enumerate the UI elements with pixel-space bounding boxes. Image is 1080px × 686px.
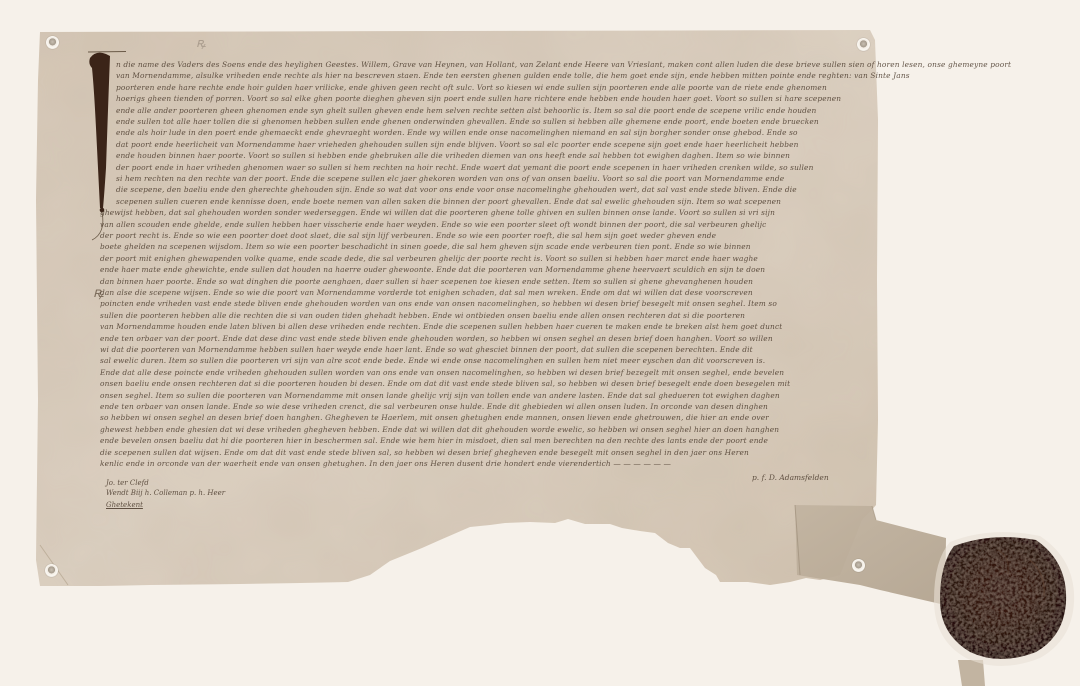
endorsement-mark: ꝶ xyxy=(196,33,206,51)
text-line: si hem rechten na den rechte van der poo… xyxy=(116,174,784,183)
text-line: ende bevelen onsen baeliu dat hi die poo… xyxy=(100,436,768,445)
grommet-icon xyxy=(45,564,58,577)
text-line: Ende dat alle dese poincte ende vriheden… xyxy=(100,368,784,377)
text-line: dan alse die scepene wijsen. Ende so wie… xyxy=(100,288,753,297)
text-line: sullen die poorteren hebben alle die rec… xyxy=(100,311,745,320)
text-line: boete ghelden na scepenen wijsdom. Item … xyxy=(100,242,751,251)
text-line: ende houden binnen haer poorte. Voort so… xyxy=(116,151,790,160)
text-line: so hebben wi onsen seghel an desen brief… xyxy=(100,413,769,422)
text-line: poincten ende vriheden vast ende stede b… xyxy=(100,299,777,308)
text-line: die scepenen sullen dat wijsen. Ende om … xyxy=(100,448,749,457)
seal-tag xyxy=(795,505,946,605)
text-line: ende sullen tot alle haer tollen die si … xyxy=(116,117,819,126)
text-line: onsen baeliu ende onsen rechteren dat si… xyxy=(100,379,790,388)
text-line: sal ewelic duren. Item so sullen die poo… xyxy=(100,356,765,365)
text-line: ende haer mate ende ghewichte, ende sull… xyxy=(100,265,765,274)
wax-seal xyxy=(930,530,1076,670)
grommet-icon xyxy=(46,36,59,49)
subscription-left: Jo. ter Clefd xyxy=(106,479,149,487)
text-line: ende ten orbaer van onsen lande. Ende so… xyxy=(100,402,768,411)
text-line: poorteren ende hare rechte ende hoir gul… xyxy=(116,83,827,92)
text-line: dan binnen haer poorte. Ende so wat ding… xyxy=(100,277,753,286)
grommet-icon xyxy=(852,559,865,572)
text-line: ghewest hebben ende ghesien dat wi dese … xyxy=(100,425,779,434)
grommet-icon xyxy=(857,38,870,51)
text-line: kenlic ende in orconde van der waerheit … xyxy=(100,459,671,468)
text-line: wi dat die poorteren van Mornendamme heb… xyxy=(100,345,753,354)
text-line: der poort ende in haer vriheden ghenomen… xyxy=(116,163,813,172)
text-line: van Mornendamme houden ende laten bliven… xyxy=(100,322,782,331)
subscription-left: Ghetekent xyxy=(106,501,143,509)
text-line: onsen seghel. Item so sullen die poorter… xyxy=(100,391,780,400)
text-line: van allen scouden ende ghelde, ende sull… xyxy=(100,220,766,229)
text-line: ende alle ander poorteren gheen ghenomen… xyxy=(116,106,816,115)
text-line: dat poort ende heerlicheit van Mornendam… xyxy=(116,140,799,149)
text-line: scepenen sullen cueren ende kennisse doe… xyxy=(116,197,781,206)
text-line: van Mornendamme, alsulke vriheden ende r… xyxy=(116,71,910,80)
text-line: der poort recht is. Ende so wie een poor… xyxy=(100,231,716,240)
text-line: ende ten orbaer van der poort. Ende dat … xyxy=(100,334,773,343)
text-line: ghewijst hebben, dat sal ghehouden worde… xyxy=(100,208,775,217)
document-viewer: ꝶ ꝶ n die name des Vaders des Soens ende… xyxy=(0,0,1080,686)
text-line: n die name des Vaders des Soens ende des… xyxy=(116,60,1011,69)
text-line: die scepene, den baeliu ende den gherech… xyxy=(116,185,797,194)
text-line: der poort mit enighen ghewapenden volke … xyxy=(100,254,758,263)
charter-text: n die name des Vaders des Soens ende des… xyxy=(116,60,856,480)
text-line: ende als hoir lude in den poert ende ghe… xyxy=(116,128,798,137)
text-line: hoerigs gheen tienden of porren. Voort s… xyxy=(116,94,841,103)
subscription-left: Wendt Biij h. Colleman p. h. Heer xyxy=(106,489,225,497)
subscription-right: p. f. D. Adamsfelden xyxy=(752,473,829,482)
